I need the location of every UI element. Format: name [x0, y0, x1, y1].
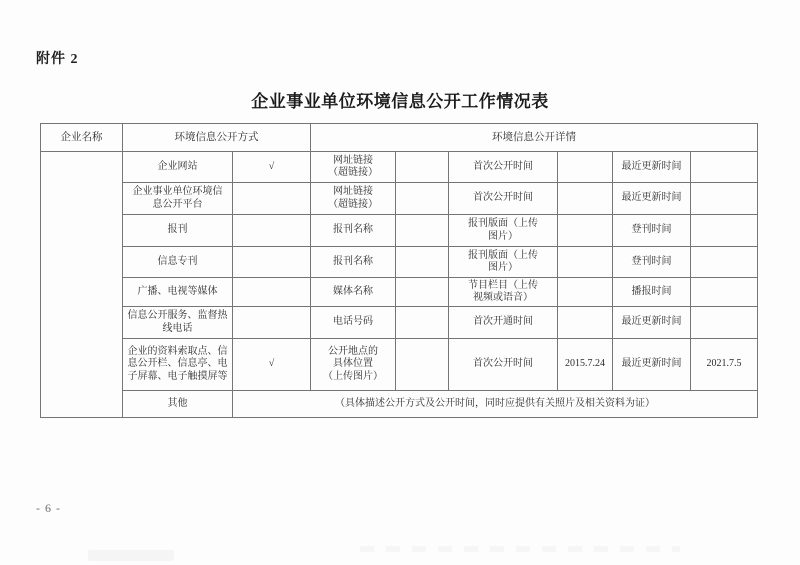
time1-label-cell: 报刊版面（上传 图片） [449, 247, 558, 278]
method-cell: 企业事业单位环境信 息公开平台 [123, 183, 233, 215]
info-value-cell [396, 247, 449, 278]
time1-value-cell [558, 183, 613, 215]
info-label-cell: 报刊名称 [311, 215, 396, 247]
info-label-cell: 网址链接 （超链接） [311, 183, 396, 215]
info-label-cell: 报刊名称 [311, 247, 396, 278]
time2-value-cell [691, 278, 758, 307]
scan-artifact [360, 546, 680, 552]
time2-value-cell [691, 247, 758, 278]
check-cell [233, 278, 311, 307]
method-cell: 其他 [123, 391, 233, 418]
time1-label-cell: 节目栏目（上传 视频或语音） [449, 278, 558, 307]
info-value-cell [396, 152, 449, 183]
table-header-row: 企业名称 环境信息公开方式 环境信息公开详情 [41, 124, 758, 152]
page-number: - 6 - [36, 501, 61, 516]
other-note-cell: （具体描述公开方式及公开时间，同时应提供有关照片及相关资料为证） [233, 391, 758, 418]
check-cell: √ [233, 152, 311, 183]
table-row: 广播、电视等媒体 媒体名称 节目栏目（上传 视频或语音） 播报时间 [41, 278, 758, 307]
disclosure-table: 企业名称 环境信息公开方式 环境信息公开详情 企业网站 √ 网址链接 （超链接）… [40, 123, 758, 418]
time1-label-cell: 报刊版面（上传 图片） [449, 215, 558, 247]
time2-value-cell [691, 307, 758, 339]
time1-value-cell [558, 152, 613, 183]
method-cell: 企业网站 [123, 152, 233, 183]
info-value-cell [396, 278, 449, 307]
info-label-cell: 公开地点的 具体位置 （上传图片） [311, 339, 396, 391]
time1-value-cell [558, 215, 613, 247]
time2-value-cell [691, 152, 758, 183]
check-cell: √ [233, 339, 311, 391]
time1-value-cell [558, 247, 613, 278]
table-row: 企业的资料索取点、信 息公开栏、信息亭、电 子屏幕、电子触摸屏等 √ 公开地点的… [41, 339, 758, 391]
method-cell: 企业的资料索取点、信 息公开栏、信息亭、电 子屏幕、电子触摸屏等 [123, 339, 233, 391]
header-company-name: 企业名称 [41, 124, 123, 152]
method-cell: 报刊 [123, 215, 233, 247]
scan-artifact [88, 550, 174, 561]
time1-value-cell [558, 307, 613, 339]
time2-label-cell: 最近更新时间 [613, 183, 691, 215]
check-cell [233, 183, 311, 215]
info-label-cell: 电话号码 [311, 307, 396, 339]
header-disclosure-details: 环境信息公开详情 [311, 124, 758, 152]
info-value-cell [396, 215, 449, 247]
table-row: 企业网站 √ 网址链接 （超链接） 首次公开时间 最近更新时间 [41, 152, 758, 183]
time2-label-cell: 最近更新时间 [613, 339, 691, 391]
table-row: 企业事业单位环境信 息公开平台 网址链接 （超链接） 首次公开时间 最近更新时间 [41, 183, 758, 215]
table-row: 信息专刊 报刊名称 报刊版面（上传 图片） 登刊时间 [41, 247, 758, 278]
info-value-cell [396, 183, 449, 215]
info-value-cell [396, 339, 449, 391]
info-label-cell: 网址链接 （超链接） [311, 152, 396, 183]
time1-label-cell: 首次公开时间 [449, 339, 558, 391]
info-label-cell: 媒体名称 [311, 278, 396, 307]
time1-label-cell: 首次开通时间 [449, 307, 558, 339]
time1-value-cell: 2015.7.24 [558, 339, 613, 391]
info-value-cell [396, 307, 449, 339]
time2-label-cell: 最近更新时间 [613, 152, 691, 183]
check-cell [233, 215, 311, 247]
header-disclosure-method: 环境信息公开方式 [123, 124, 311, 152]
time2-label-cell: 最近更新时间 [613, 307, 691, 339]
document-page: 附件 2 企业事业单位环境信息公开工作情况表 企业名称 环境信息公开方式 环境信… [0, 0, 800, 565]
method-cell: 信息专刊 [123, 247, 233, 278]
time2-value-cell: 2021.7.5 [691, 339, 758, 391]
time2-value-cell [691, 183, 758, 215]
time2-label-cell: 播报时间 [613, 278, 691, 307]
check-cell [233, 307, 311, 339]
attachment-label: 附件 2 [36, 48, 79, 68]
time1-label-cell: 首次公开时间 [449, 152, 558, 183]
time2-label-cell: 登刊时间 [613, 247, 691, 278]
page-title: 企业事业单位环境信息公开工作情况表 [0, 87, 800, 112]
method-cell: 广播、电视等媒体 [123, 278, 233, 307]
check-cell [233, 247, 311, 278]
table-row: 信息公开服务、监督热 线电话 电话号码 首次开通时间 最近更新时间 [41, 307, 758, 339]
table-row: 报刊 报刊名称 报刊版面（上传 图片） 登刊时间 [41, 215, 758, 247]
time1-label-cell: 首次公开时间 [449, 183, 558, 215]
company-name-value-cell [41, 152, 123, 418]
time2-label-cell: 登刊时间 [613, 215, 691, 247]
time2-value-cell [691, 215, 758, 247]
time1-value-cell [558, 278, 613, 307]
method-cell: 信息公开服务、监督热 线电话 [123, 307, 233, 339]
table-row-other: 其他 （具体描述公开方式及公开时间，同时应提供有关照片及相关资料为证） [41, 391, 758, 418]
